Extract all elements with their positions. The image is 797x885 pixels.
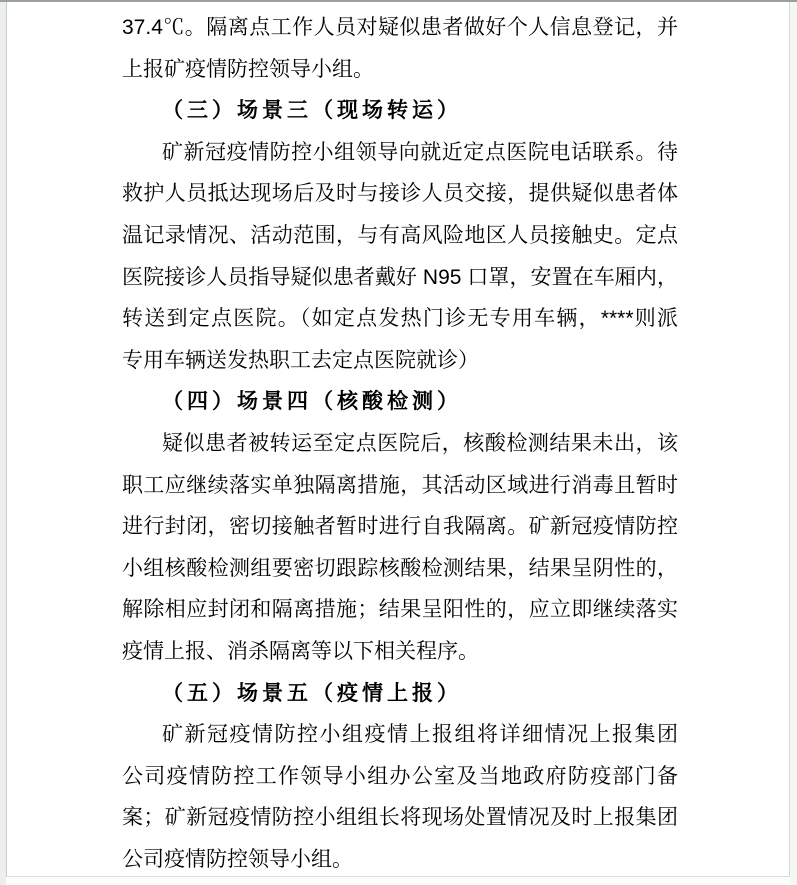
text-line: 救护人员抵达现场后及时与接诊人员交接，提供疑似患者体 (122, 173, 678, 215)
page-outside-left-strip (0, 2, 6, 885)
text-line: 医院接诊人员指导疑似患者戴好 N95 口罩，安置在车厢内， (122, 257, 678, 299)
document-viewport: 37.4℃。隔离点工作人员对疑似患者做好个人信息登记，并上报矿疫情防控领导小组。… (0, 0, 797, 885)
text-line: 职工应继续落实单独隔离措施，其活动区域进行消毒且暂时 (122, 465, 678, 507)
text-line: 矿新冠疫情防控小组疫情上报组将详细情况上报集团 (122, 714, 678, 756)
text-line: 公司疫情防控工作领导小组办公室及当地政府防疫部门备 (122, 756, 678, 798)
text-line: 矿新冠疫情防控小组领导向就近定点医院电话联系。待 (122, 132, 678, 174)
document-text-block: 37.4℃。隔离点工作人员对疑似患者做好个人信息登记，并上报矿疫情防控领导小组。… (122, 7, 678, 877)
text-line: 专用车辆送发热职工去定点医院就诊） (122, 340, 678, 382)
text-line: 公司疫情防控领导小组。 (122, 839, 678, 877)
text-line: 疫情上报、消杀隔离等以下相关程序。 (122, 631, 678, 673)
heading-line: （五）场景五（疫情上报） (122, 673, 678, 715)
text-line: 进行封闭，密切接触者暂时进行自我隔离。矿新冠疫情防控 (122, 506, 678, 548)
text-line: 解除相应封闭和隔离措施；结果呈阳性的，应立即继续落实 (122, 589, 678, 631)
heading-line: （三）场景三（现场转运） (122, 90, 678, 132)
text-line: 小组核酸检测组要密切跟踪核酸检测结果，结果呈阴性的， (122, 548, 678, 590)
window-top-edge (0, 0, 797, 2)
text-line: 案；矿新冠疫情防控小组组长将现场处置情况及时上报集团 (122, 797, 678, 839)
text-line: 疑似患者被转运至定点医院后，核酸检测结果未出，该 (122, 423, 678, 465)
text-line: 37.4℃。隔离点工作人员对疑似患者做好个人信息登记，并 (122, 7, 678, 49)
page-outside-right-strip (790, 2, 797, 885)
text-line: 温记录情况、活动范围，与有高风险地区人员接触史。定点 (122, 215, 678, 257)
text-line: 转送到定点医院。（如定点发热门诊无专用车辆，****则派 (122, 298, 678, 340)
heading-line: （四）场景四（核酸检测） (122, 381, 678, 423)
text-line: 上报矿疫情防控领导小组。 (122, 49, 678, 91)
document-page: 37.4℃。隔离点工作人员对疑似患者做好个人信息登记，并上报矿疫情防控领导小组。… (6, 1, 790, 877)
